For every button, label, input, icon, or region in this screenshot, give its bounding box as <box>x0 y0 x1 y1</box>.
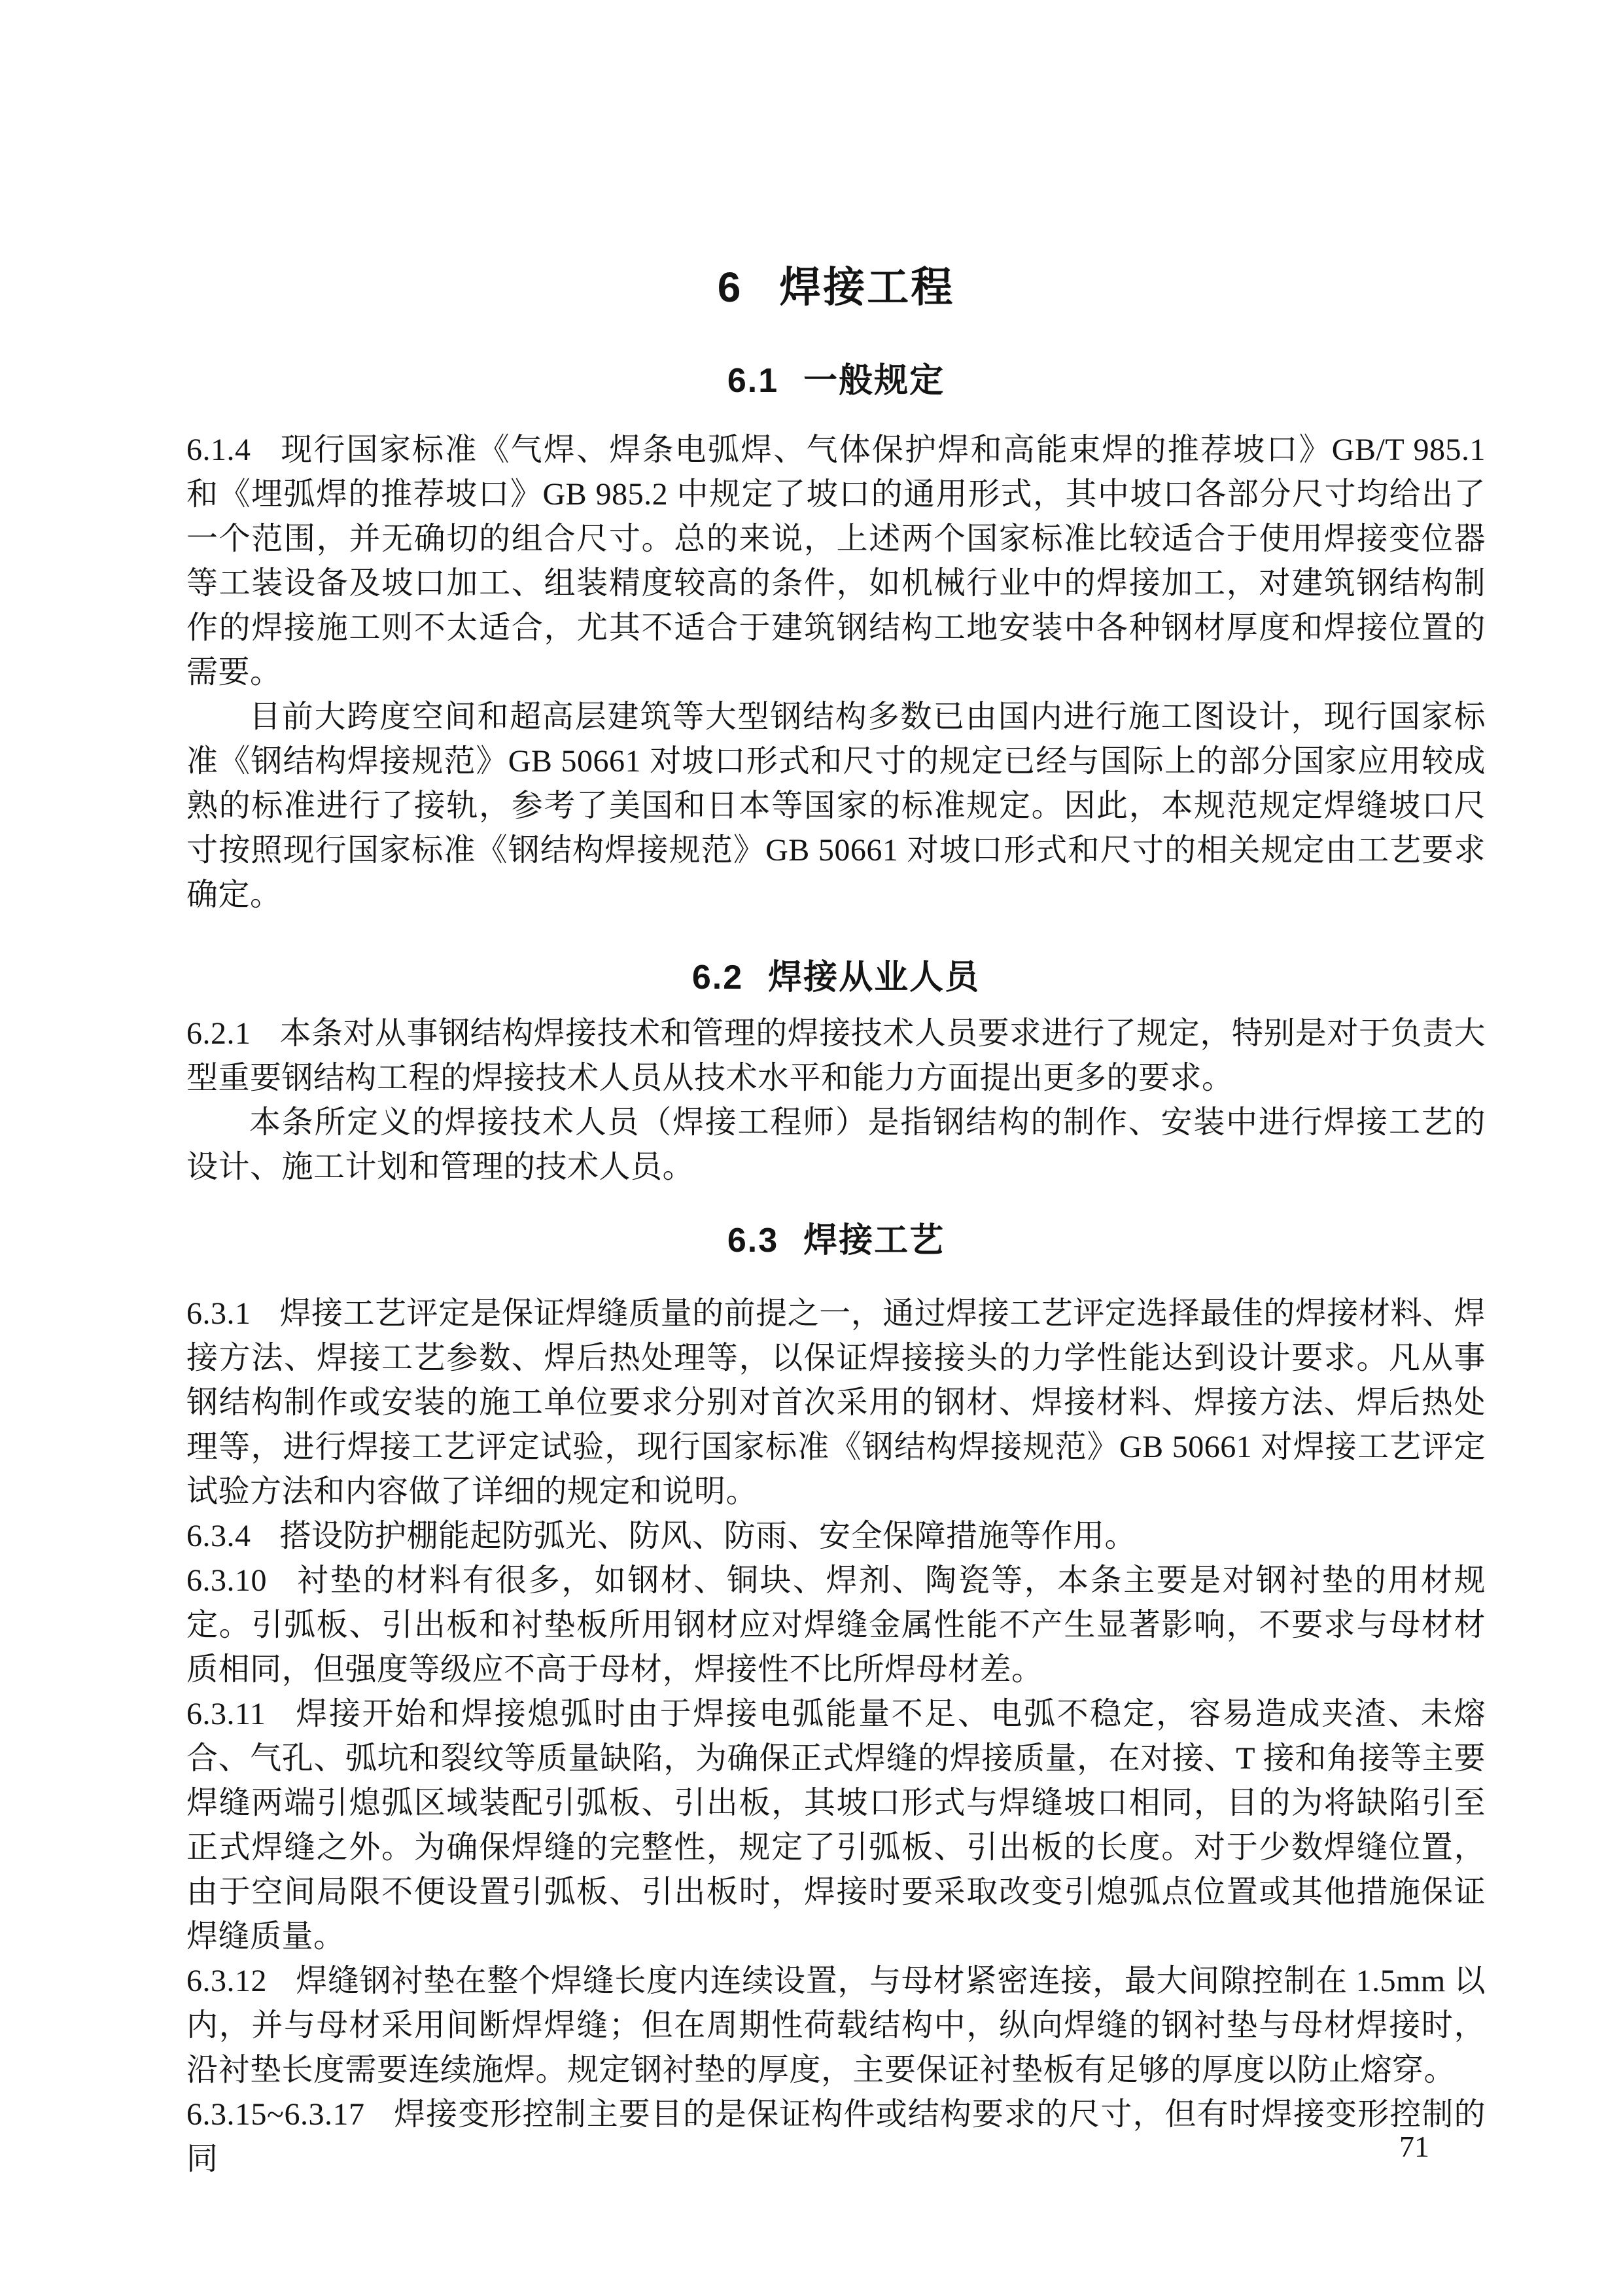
clause-6-3-11: 6.3.11焊接开始和焊接熄弧时由于焊接电弧能量不足、电弧不稳定，容易造成夹渣、… <box>186 1692 1486 1959</box>
clause-6-2-1: 6.2.1本条对从事钢结构焊接技术和管理的焊接技术人员要求进行了规定，特别是对于… <box>186 1012 1486 1101</box>
clause-text: 焊接工艺评定是保证焊缝质量的前提之一，通过焊接工艺评定选择最佳的焊接材料、焊接方… <box>186 1296 1486 1509</box>
clause-6-3-10: 6.3.10衬垫的材料有很多，如钢材、铜块、焊剂、陶瓷等，本条主要是对钢衬垫的用… <box>186 1559 1486 1692</box>
clause-6-3-1: 6.3.1焊接工艺评定是保证焊缝质量的前提之一，通过焊接工艺评定选择最佳的焊接材… <box>186 1292 1486 1514</box>
section-title-text: 焊接从业人员 <box>768 959 980 997</box>
clause-6-3-12: 6.3.12焊缝钢衬垫在整个焊缝长度内连续设置，与母材紧密连接，最大间隙控制在 … <box>186 1959 1486 2093</box>
section-number: 6.1 <box>727 362 778 400</box>
clause-number: 6.3.10 <box>186 1563 267 1598</box>
clause-text: 本条对从事钢结构焊接技术和管理的焊接技术人员要求进行了规定，特别是对于负责大型重… <box>186 1016 1486 1095</box>
document-page: 6焊接工程 6.1一般规定 6.1.4现行国家标准《气焊、焊条电弧焊、气体保护焊… <box>0 0 1623 2296</box>
section-heading-6-2: 6.2焊接从业人员 <box>186 957 1486 998</box>
clause-text: 现行国家标准《气焊、焊条电弧焊、气体保护焊和高能束焊的推荐坡口》GB/T 985… <box>186 433 1486 690</box>
chapter-title-text: 焊接工程 <box>779 264 954 311</box>
section-number: 6.2 <box>692 959 743 997</box>
clause-number: 6.2.1 <box>186 1016 251 1051</box>
clause-text: 焊接开始和焊接熄弧时由于焊接电弧能量不足、电弧不稳定，容易造成夹渣、未熔合、气孔… <box>186 1697 1486 1954</box>
clause-text: 搭设防护棚能起防弧光、防风、防雨、安全保障措施等作用。 <box>280 1519 1137 1553</box>
clause-text: 衬垫的材料有很多，如钢材、铜块、焊剂、陶瓷等，本条主要是对钢衬垫的用材规定。引弧… <box>186 1563 1486 1687</box>
clause-6-1-4: 6.1.4现行国家标准《气焊、焊条电弧焊、气体保护焊和高能束焊的推荐坡口》GB/… <box>186 428 1486 695</box>
clause-number: 6.1.4 <box>186 433 251 467</box>
clause-number: 6.3.1 <box>186 1296 251 1331</box>
clause-number: 6.3.12 <box>186 1964 267 1998</box>
section-heading-6-3: 6.3焊接工艺 <box>186 1220 1486 1262</box>
chapter-number: 6 <box>718 264 743 311</box>
section-title-text: 焊接工艺 <box>803 1222 945 1260</box>
chapter-title: 6焊接工程 <box>186 262 1486 313</box>
page-number: 71 <box>1399 2130 1429 2163</box>
page-content: 6焊接工程 6.1一般规定 6.1.4现行国家标准《气焊、焊条电弧焊、气体保护焊… <box>186 0 1486 2181</box>
clause-number: 6.3.11 <box>186 1697 266 1731</box>
clause-text: 焊缝钢衬垫在整个焊缝长度内连续设置，与母材紧密连接，最大间隙控制在 1.5mm … <box>186 1964 1486 2087</box>
clause-6-3-4: 6.3.4搭设防护棚能起防弧光、防风、防雨、安全保障措施等作用。 <box>186 1514 1486 1559</box>
clause-text: 目前大跨度空间和超高层建筑等大型钢结构多数已由国内进行施工图设计，现行国家标准《… <box>186 699 1486 912</box>
clause-text: 焊接变形控制主要目的是保证构件或结构要求的尺寸，但有时焊接变形控制的同 <box>186 2097 1486 2176</box>
paragraph-6-1-note: 目前大跨度空间和超高层建筑等大型钢结构多数已由国内进行施工图设计，现行国家标准《… <box>186 695 1486 917</box>
paragraph-6-2-note: 本条所定义的焊接技术人员（焊接工程师）是指钢结构的制作、安装中进行焊接工艺的设计… <box>186 1101 1486 1190</box>
clause-6-3-15-to-6-3-17: 6.3.15~6.3.17焊接变形控制主要目的是保证构件或结构要求的尺寸，但有时… <box>186 2093 1486 2181</box>
clause-number: 6.3.15~6.3.17 <box>186 2097 364 2132</box>
clause-number: 6.3.4 <box>186 1519 251 1553</box>
section-number: 6.3 <box>727 1222 778 1260</box>
clause-text: 本条所定义的焊接技术人员（焊接工程师）是指钢结构的制作、安装中进行焊接工艺的设计… <box>186 1105 1486 1184</box>
section-heading-6-1: 6.1一般规定 <box>186 360 1486 402</box>
section-title-text: 一般规定 <box>803 362 945 400</box>
